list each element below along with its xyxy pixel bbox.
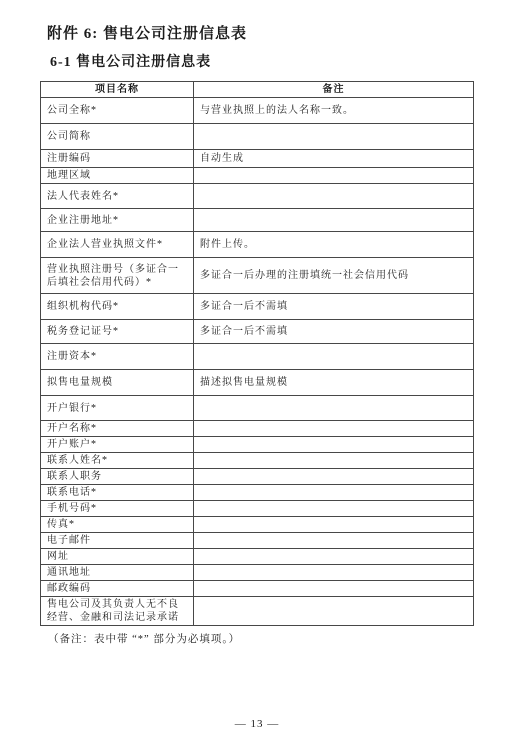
remark-cell xyxy=(194,501,474,517)
table-row: 开户银行* xyxy=(41,396,474,421)
item-name-cell: 企业注册地址* xyxy=(41,209,194,232)
table-row: 传真* xyxy=(41,517,474,533)
table-row: 注册编码 自动生成 xyxy=(41,150,474,168)
registration-table: 项目名称 备注 公司全称* 与营业执照上的法人名称一致。 公司简称 注册编码 自… xyxy=(40,81,474,626)
attachment-title: 附件 6: 售电公司注册信息表 xyxy=(47,24,473,44)
remark-cell xyxy=(194,565,474,581)
table-row: 注册资本* xyxy=(41,344,474,370)
remark-cell xyxy=(194,421,474,437)
item-name-cell: 企业法人营业执照文件* xyxy=(41,232,194,258)
table-row: 公司简称 xyxy=(41,124,474,150)
table-row: 开户名称* xyxy=(41,421,474,437)
item-name-cell: 联系电话* xyxy=(41,485,194,501)
table-header-row: 项目名称 备注 xyxy=(41,82,474,98)
remark-cell xyxy=(194,437,474,453)
table-row: 联系人姓名* xyxy=(41,453,474,469)
page-number: — 13 — xyxy=(0,718,514,730)
remark-cell: 多证合一后不需填 xyxy=(194,320,474,344)
table-row: 拟售电量规模 描述拟售电量规模 xyxy=(41,370,474,396)
remark-cell xyxy=(194,184,474,209)
item-name-cell: 联系人职务 xyxy=(41,469,194,485)
item-name-cell: 注册编码 xyxy=(41,150,194,168)
column-header-item-name: 项目名称 xyxy=(41,82,194,98)
item-name-cell: 法人代表姓名* xyxy=(41,184,194,209)
remark-cell: 附件上传。 xyxy=(194,232,474,258)
remark-cell xyxy=(194,533,474,549)
table-row: 营业执照注册号（多证合一后填社会信用代码）* 多证合一后办理的注册填统一社会信用… xyxy=(41,258,474,294)
table-row: 联系人职务 xyxy=(41,469,474,485)
item-name-cell: 注册资本* xyxy=(41,344,194,370)
section-title: 6-1 售电公司注册信息表 xyxy=(50,53,473,72)
remark-cell: 与营业执照上的法人名称一致。 xyxy=(194,98,474,124)
item-name-cell: 网址 xyxy=(41,549,194,565)
item-name-cell: 手机号码* xyxy=(41,501,194,517)
remark-cell xyxy=(194,344,474,370)
remark-cell xyxy=(194,453,474,469)
remark-cell xyxy=(194,124,474,150)
item-name-cell: 地理区域 xyxy=(41,168,194,184)
remark-cell xyxy=(194,168,474,184)
item-name-cell: 售电公司及其负责人无不良经营、金融和司法记录承诺 xyxy=(41,597,194,626)
remark-cell xyxy=(194,209,474,232)
footnote: （备注：表中带 “*” 部分为必填项。） xyxy=(48,631,473,646)
table-row: 组织机构代码* 多证合一后不需填 xyxy=(41,294,474,320)
item-name-cell: 组织机构代码* xyxy=(41,294,194,320)
table-row: 联系电话* xyxy=(41,485,474,501)
remark-cell: 描述拟售电量规模 xyxy=(194,370,474,396)
table-row: 邮政编码 xyxy=(41,581,474,597)
remark-cell xyxy=(194,469,474,485)
table-row: 公司全称* 与营业执照上的法人名称一致。 xyxy=(41,98,474,124)
item-name-cell: 开户名称* xyxy=(41,421,194,437)
table-row: 法人代表姓名* xyxy=(41,184,474,209)
remark-cell xyxy=(194,581,474,597)
column-header-remark: 备注 xyxy=(194,82,474,98)
item-name-cell: 开户银行* xyxy=(41,396,194,421)
table-row: 网址 xyxy=(41,549,474,565)
table-body: 公司全称* 与营业执照上的法人名称一致。 公司简称 注册编码 自动生成 地理区域… xyxy=(41,98,474,626)
item-name-cell: 电子邮件 xyxy=(41,533,194,549)
document-page: 附件 6: 售电公司注册信息表 6-1 售电公司注册信息表 项目名称 备注 公司… xyxy=(0,0,514,646)
remark-cell: 多证合一后办理的注册填统一社会信用代码 xyxy=(194,258,474,294)
remark-cell xyxy=(194,485,474,501)
table-row: 企业注册地址* xyxy=(41,209,474,232)
item-name-cell: 公司全称* xyxy=(41,98,194,124)
item-name-cell: 营业执照注册号（多证合一后填社会信用代码）* xyxy=(41,258,194,294)
table-row: 售电公司及其负责人无不良经营、金融和司法记录承诺 xyxy=(41,597,474,626)
item-name-cell: 公司简称 xyxy=(41,124,194,150)
table-row: 企业法人营业执照文件* 附件上传。 xyxy=(41,232,474,258)
item-name-cell: 税务登记证号* xyxy=(41,320,194,344)
table-row: 开户账户* xyxy=(41,437,474,453)
remark-cell: 多证合一后不需填 xyxy=(194,294,474,320)
item-name-cell: 邮政编码 xyxy=(41,581,194,597)
table-row: 地理区域 xyxy=(41,168,474,184)
table-row: 电子邮件 xyxy=(41,533,474,549)
item-name-cell: 拟售电量规模 xyxy=(41,370,194,396)
remark-cell xyxy=(194,396,474,421)
item-name-cell: 传真* xyxy=(41,517,194,533)
table-row: 通讯地址 xyxy=(41,565,474,581)
item-name-cell: 通讯地址 xyxy=(41,565,194,581)
item-name-cell: 联系人姓名* xyxy=(41,453,194,469)
item-name-cell: 开户账户* xyxy=(41,437,194,453)
remark-cell xyxy=(194,549,474,565)
remark-cell xyxy=(194,517,474,533)
remark-cell xyxy=(194,597,474,626)
table-row: 手机号码* xyxy=(41,501,474,517)
table-row: 税务登记证号* 多证合一后不需填 xyxy=(41,320,474,344)
remark-cell: 自动生成 xyxy=(194,150,474,168)
